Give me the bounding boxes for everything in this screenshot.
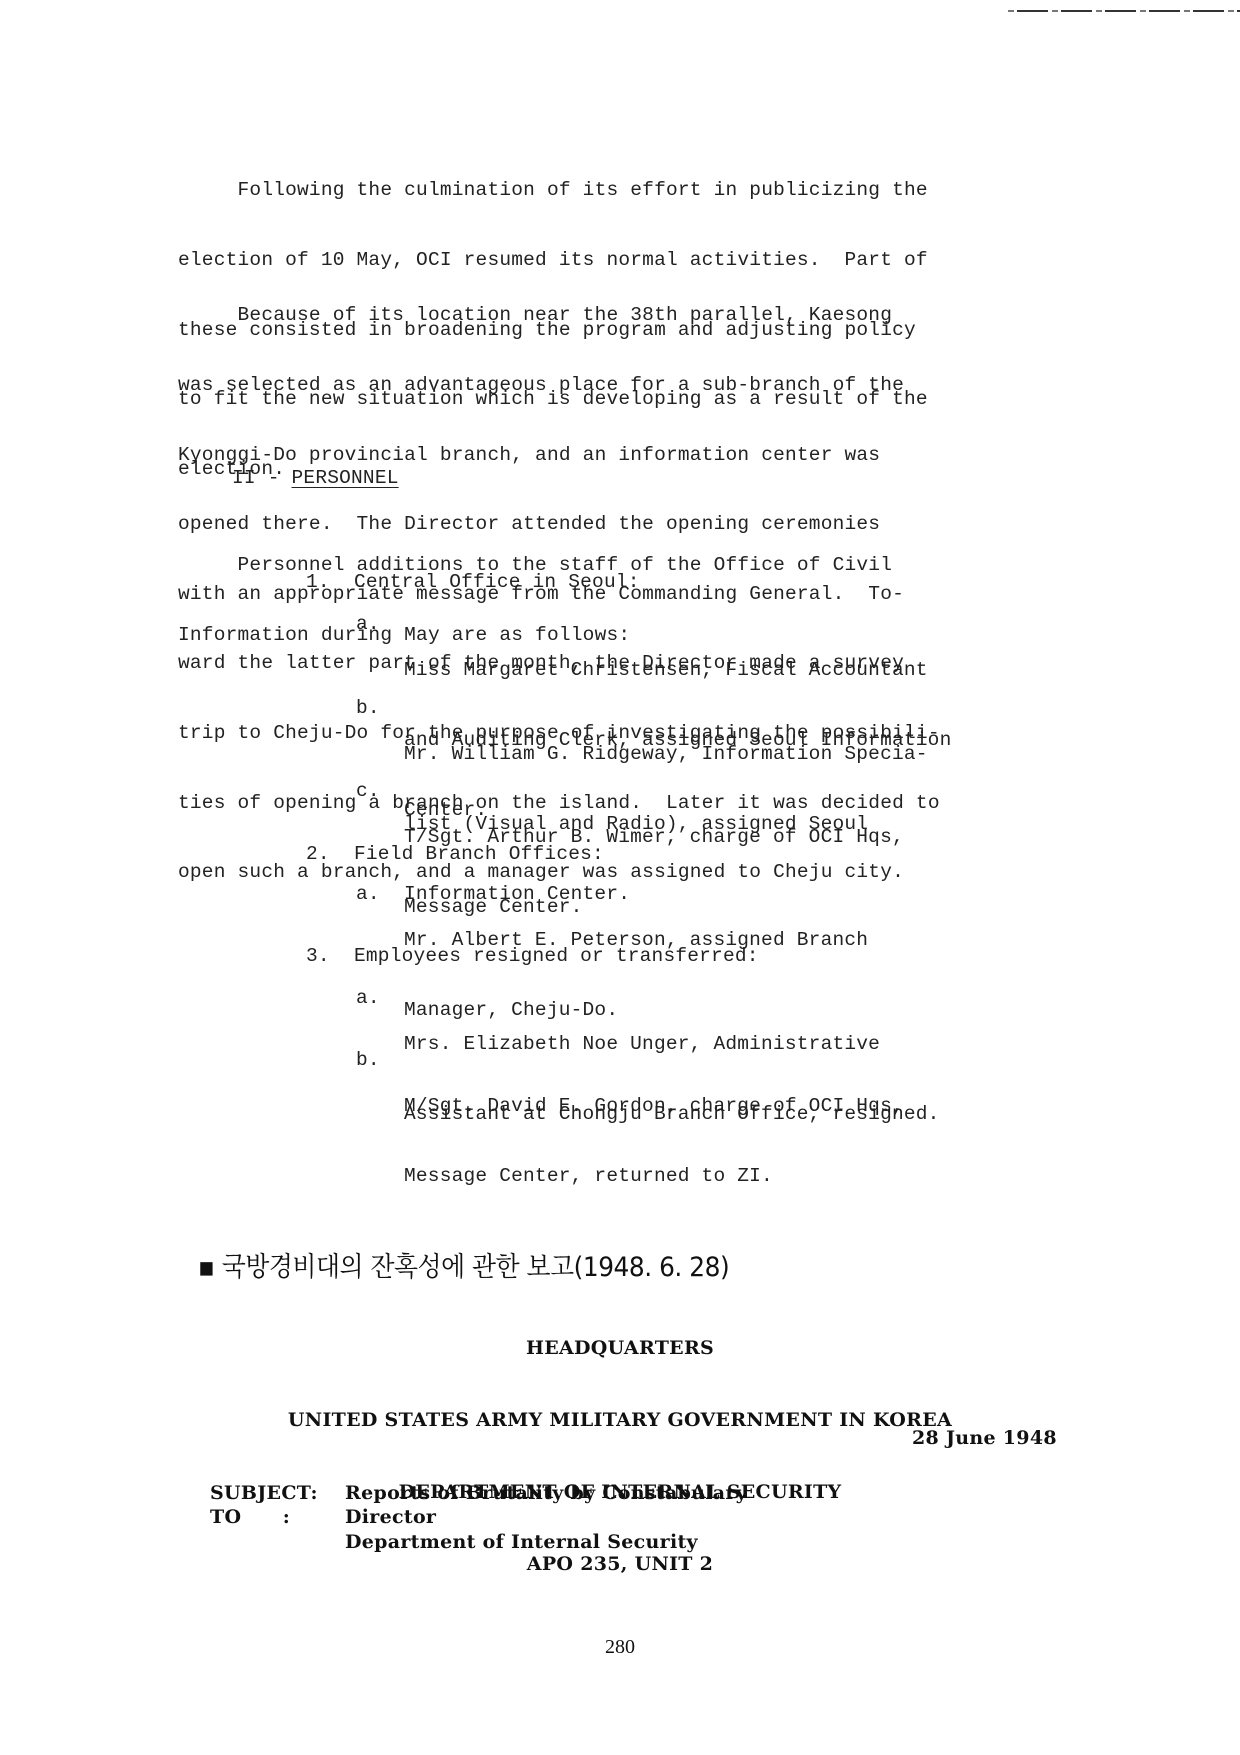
section-number: II - [232,467,292,489]
text-line: Message Center, returned to ZI. [404,1165,904,1188]
subject-label: SUBJECT: [210,1481,318,1505]
text-line: Miss Margaret Christensen, Fiscal Accoun… [404,659,952,682]
sub-item-gordon: M/Sgt. David E. Gordon, charge of OCI Hq… [404,1049,904,1211]
scan-artifact-line [1008,10,1240,12]
list-item-3-label: Employees resigned or transferred: [354,945,759,968]
sub-item-letter: a. [356,613,380,636]
korean-caption: ▪ 국방경비대의 잔혹성에 관한 보고(1948. 6. 28) [198,1245,729,1284]
memo-date: 28 June 1948 [912,1426,1057,1450]
section-heading: II - PERSONNEL [232,467,399,490]
subject-value: Reports of Brutality by Constabulary [345,1481,747,1505]
list-item-1-label: Central Office in Seoul: [354,571,640,594]
text-line: M/Sgt. David E. Gordon, charge of OCI Hq… [404,1095,904,1118]
list-item-2-number: 2. [306,843,330,866]
to-label: TO : [210,1505,290,1529]
text-line: Following the culmination of its effort … [178,179,928,202]
text-line: Mr. William G. Ridgeway, Information Spe… [404,743,928,766]
to-value-department: Department of Internal Security [345,1530,698,1554]
text-line: Kyonggi-Do provincial branch, and an inf… [178,444,940,467]
section-title: PERSONNEL [292,467,399,489]
list-item-1-number: 1. [306,571,330,594]
sub-item-letter: b. [356,697,380,720]
list-item-2-label: Field Branch Offices: [354,843,604,866]
text-line: Because of its location near the 38th pa… [178,304,940,327]
text-line: was selected as an advantageous place fo… [178,374,940,397]
sub-item-letter: c. [356,780,380,803]
page-number: 280 [0,1636,1240,1659]
sub-item-letter: a. [356,883,380,906]
sub-item-letter: b. [356,1049,380,1072]
sub-item-letter: a. [356,987,380,1010]
letterhead-line: HEADQUARTERS [0,1336,1240,1360]
list-item-3-number: 3. [306,945,330,968]
to-value-director: Director [345,1505,436,1529]
letterhead-line: APO 235, UNIT 2 [0,1552,1240,1576]
